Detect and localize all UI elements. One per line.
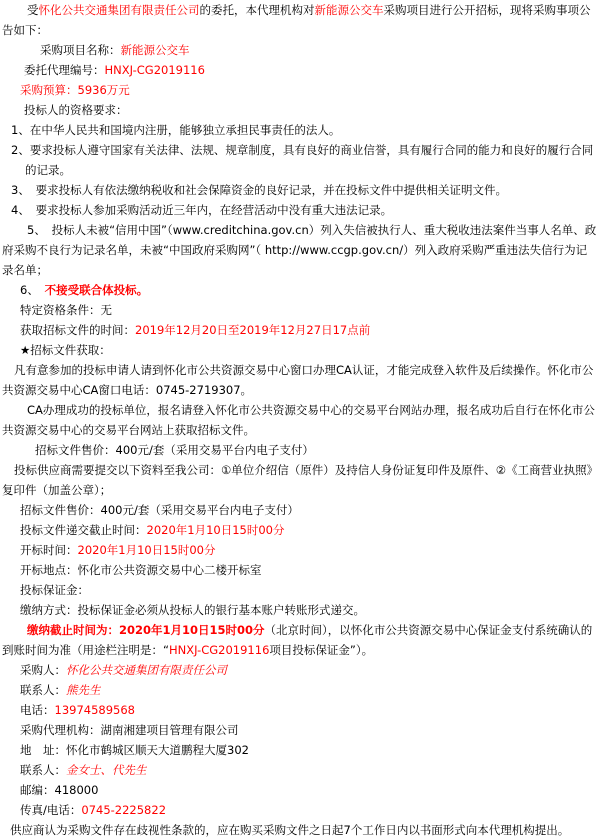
- text-run-required-materials-0: 投标供应商需要提交以下资料至我公司：①单位介绍信（原件）及持信人身份证复印件及原…: [2, 463, 592, 497]
- paragraph-project-name: 采购项目名称：新能源公交车: [40, 40, 598, 60]
- text-run-project-name-0: 采购项目名称：: [40, 43, 121, 57]
- paragraph-specific-qualification: 特定资格条件：无: [20, 300, 598, 320]
- paragraph-qualification-item-5: 5、 投标人未被“信用中国”（www.creditchina.gov.cn）列入…: [2, 220, 598, 280]
- text-run-bid-opening-place-0: 开标地点：怀化市公共资源交易中心二楼开标室: [20, 563, 262, 577]
- paragraph-agent-company: 采购代理机构：湖南湘建项目管理有限公司: [20, 720, 598, 740]
- text-run-agent-fax-phone-1: 0745-2225822: [81, 803, 166, 817]
- text-run-intro-2: 的委托，本代理机构对: [200, 3, 315, 17]
- paragraph-qualification-header: 投标人的资格要求：: [24, 100, 598, 120]
- text-run-bid-bond-header-0: 投标保证金：: [20, 583, 89, 597]
- text-run-discrimination-note-0: 供应商认为采购文件存在歧视性条款的，应在购买采购文件之日起7个工作日内以书面形式…: [10, 823, 569, 837]
- text-run-purchaser-contact-1: 熊先生: [66, 683, 101, 697]
- text-run-project-name-1: 新能源公交车: [121, 43, 190, 57]
- paragraph-qualification-item-1: 1、在中华人民共和国境内注册，能够独立承担民事责任的法人。: [11, 120, 598, 140]
- paragraph-qualification-item-2: 2、要求投标人遵守国家有关法律、法规、规章制度，具有良好的商业信誉，具有履行合同…: [25, 140, 598, 180]
- text-run-agent-company-0: 采购代理机构：湖南湘建项目管理有限公司: [20, 723, 239, 737]
- text-run-document-price-1-0: 招标文件售价：400元/套（采用交易平台内电子支付）: [35, 443, 314, 457]
- paragraph-intro: 受怀化公共交通集团有限责任公司的委托，本代理机构对新能源公交车采购项目进行公开招…: [2, 0, 598, 40]
- paragraph-submission-deadline: 投标文件递交截止时间：2020年1月10日15时00分: [20, 520, 598, 540]
- paragraph-purchaser: 采购人：怀化公共交通集团有限责任公司: [20, 660, 598, 680]
- text-run-budget-0: 采购预算：5936万元: [20, 83, 130, 97]
- paragraph-ca-registration: CA办理成功的投标单位，报名请登入怀化市公共资源交易中心的交易平台网站办理，报名…: [2, 400, 598, 440]
- paragraph-document-obtain-header: ★招标文件获取：: [20, 340, 598, 360]
- paragraph-document-price-2: 招标文件售价：400元/套（采用交易平台内电子支付）: [20, 500, 598, 520]
- text-run-bond-payment-method-0: 缴纳方式：投标保证金必须从投标人的银行基本账户转账形式递交。: [20, 603, 365, 617]
- text-run-qualification-item-3-0: 3、 要求投标人有依法缴纳税收和社会保障资金的良好记录，并在投标文件中提供相关证…: [11, 183, 507, 197]
- paragraph-document-price-1: 招标文件售价：400元/套（采用交易平台内电子支付）: [35, 440, 598, 460]
- text-run-intro-3: 新能源公交车: [315, 3, 384, 17]
- paragraph-document-obtain-time: 获取招标文件的时间：2019年12月20日至2019年12月27日17点前: [20, 320, 598, 340]
- paragraph-ca-certification: 凡有意参加的投标申请人请到怀化市公共资源交易中心窗口办理CA认证，才能完成登入软…: [2, 360, 598, 400]
- paragraph-agent-postcode: 邮编：418000: [20, 780, 598, 800]
- text-run-bond-payment-deadline-3: 项目投标保证金”）。: [269, 643, 373, 657]
- procurement-announcement-page: { "colors": { "accent_red": "#ff0000", "…: [0, 0, 600, 840]
- text-run-qualification-item-1-0: 1、在中华人民共和国境内注册，能够独立承担民事责任的法人。: [11, 123, 340, 137]
- paragraph-agent-fax-phone: 传真/电话：0745-2225822: [20, 800, 598, 820]
- paragraph-purchaser-phone: 电话：13974589568: [20, 700, 598, 720]
- text-run-ca-registration-0: CA办理成功的投标单位，报名请登入怀化市公共资源交易中心的交易平台网站办理，报名…: [2, 403, 595, 437]
- paragraph-qualification-item-4: 4、 要求投标人参加采购活动近三年内，在经营活动中没有重大违法记录。: [11, 200, 598, 220]
- text-run-purchaser-phone-0: 电话：: [20, 703, 55, 717]
- paragraph-qualification-item-6: 6、 不接受联合体投标。: [20, 280, 598, 300]
- text-run-bid-opening-time-1: 2020年1月10日15时00分: [78, 543, 216, 557]
- paragraph-bid-bond-header: 投标保证金：: [20, 580, 598, 600]
- paragraph-purchaser-contact: 联系人：熊先生: [20, 680, 598, 700]
- text-run-qualification-item-6-0: 6、: [20, 283, 45, 297]
- text-run-submission-deadline-1: 2020年1月10日15时00分: [147, 523, 285, 537]
- text-run-document-obtain-time-1: 2019年12月20日至2019年12月27日17点前: [135, 323, 370, 337]
- paragraph-bid-opening-time: 开标时间：2020年1月10日15时00分: [20, 540, 598, 560]
- text-run-qualification-header-0: 投标人的资格要求：: [24, 103, 128, 117]
- text-run-qualification-item-2-0: 2、要求投标人遵守国家有关法律、法规、规章制度，具有良好的商业信誉，具有履行合同…: [11, 143, 593, 177]
- text-run-purchaser-1: 怀化公共交通集团有限责任公司: [66, 663, 227, 677]
- text-run-document-obtain-header-0: ★招标文件获取：: [20, 343, 111, 357]
- paragraph-agent-address: 地 址：怀化市鹤城区顺天大道鹏程大厦302: [20, 740, 598, 760]
- paragraph-budget: 采购预算：5936万元: [20, 80, 598, 100]
- text-run-purchaser-contact-0: 联系人：: [20, 683, 66, 697]
- text-run-purchaser-phone-1: 13974589568: [55, 703, 135, 717]
- text-run-document-price-2-0: 招标文件售价：400元/套（采用交易平台内电子支付）: [20, 503, 299, 517]
- paragraph-bond-payment-deadline: 缴纳截止时间为：2020年1月10日15时00分（北京时间），以怀化市公共资源交…: [2, 620, 598, 660]
- text-run-agency-ref-number-1: HNXJ-CG2019116: [105, 63, 205, 77]
- paragraph-qualification-item-3: 3、 要求投标人有依法缴纳税收和社会保障资金的良好记录，并在投标文件中提供相关证…: [11, 180, 598, 200]
- paragraph-required-materials: 投标供应商需要提交以下资料至我公司：①单位介绍信（原件）及持信人身份证复印件及原…: [2, 460, 598, 500]
- text-run-intro-1: 怀化公共交通集团有限责任公司: [39, 3, 200, 17]
- text-run-ca-certification-0: 凡有意参加的投标申请人请到怀化市公共资源交易中心窗口办理CA认证，才能完成登入软…: [2, 363, 593, 397]
- text-run-agent-address-0: 地 址：怀化市鹤城区顺天大道鹏程大厦302: [20, 743, 249, 757]
- text-run-agent-fax-phone-0: 传真/电话：: [20, 803, 81, 817]
- paragraph-discrimination-note: 供应商认为采购文件存在歧视性条款的，应在购买采购文件之日起7个工作日内以书面形式…: [2, 820, 598, 840]
- text-run-agent-contacts-1: 金女士、代先生: [66, 763, 147, 777]
- text-run-bid-opening-time-0: 开标时间：: [20, 543, 78, 557]
- text-run-submission-deadline-0: 投标文件递交截止时间：: [20, 523, 147, 537]
- text-run-specific-qualification-0: 特定资格条件：无: [20, 303, 112, 317]
- text-run-qualification-item-5-0: 5、 投标人未被“信用中国”（www.creditchina.gov.cn）列入…: [2, 223, 596, 277]
- text-run-qualification-item-6-1: 不接受联合体投标。: [45, 283, 149, 297]
- text-run-agency-ref-number-0: 委托代理编号：: [24, 63, 105, 77]
- text-run-agent-contacts-0: 联系人：: [20, 763, 66, 777]
- document-body: 受怀化公共交通集团有限责任公司的委托，本代理机构对新能源公交车采购项目进行公开招…: [0, 0, 600, 840]
- text-run-intro-0: 受: [27, 3, 39, 17]
- paragraph-agent-contacts: 联系人：金女士、代先生: [20, 760, 598, 780]
- paragraph-bond-payment-method: 缴纳方式：投标保证金必须从投标人的银行基本账户转账形式递交。: [20, 600, 598, 620]
- text-run-bond-payment-deadline-2: HNXJ-CG2019116: [169, 643, 269, 657]
- paragraph-agency-ref-number: 委托代理编号：HNXJ-CG2019116: [24, 60, 598, 80]
- text-run-purchaser-0: 采购人：: [20, 663, 66, 677]
- text-run-document-obtain-time-0: 获取招标文件的时间：: [20, 323, 135, 337]
- text-run-qualification-item-4-0: 4、 要求投标人参加采购活动近三年内，在经营活动中没有重大违法记录。: [11, 203, 392, 217]
- paragraph-bid-opening-place: 开标地点：怀化市公共资源交易中心二楼开标室: [20, 560, 598, 580]
- text-run-agent-postcode-0: 邮编：418000: [20, 783, 98, 797]
- text-run-bond-payment-deadline-0: 缴纳截止时间为：2020年1月10日15时00分: [27, 623, 265, 637]
